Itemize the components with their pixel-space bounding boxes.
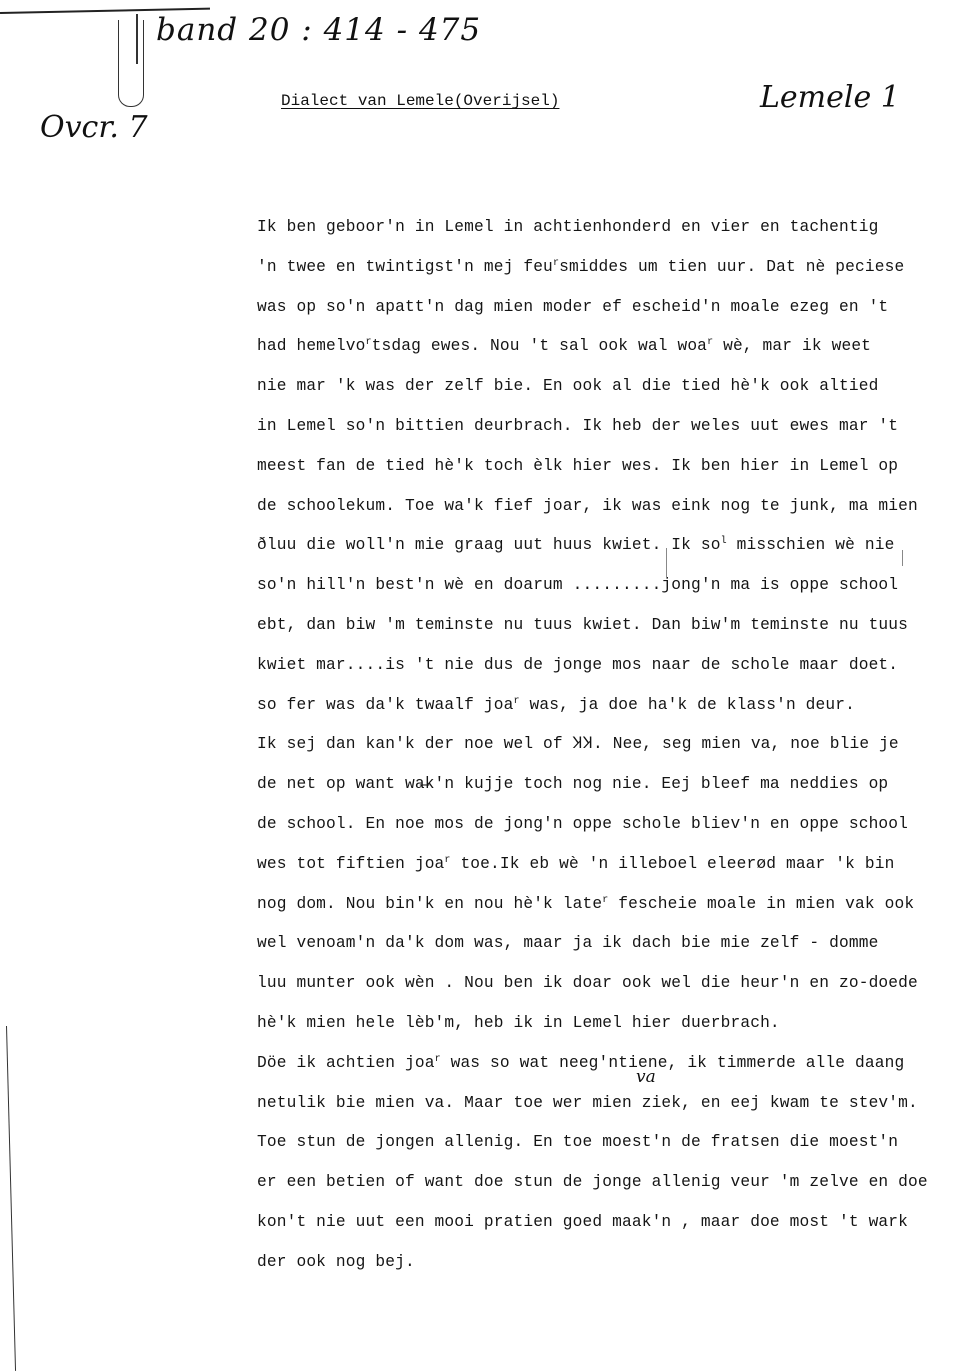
transcript-line: wel venoam'n da'k dom was, maar ja ik da…	[257, 924, 947, 964]
transcript-line: er een betien of want doe stun de jonge …	[257, 1163, 947, 1203]
transcript-line: nie mar 'k was der zelf bie. En ook al d…	[257, 367, 947, 407]
handwritten-province-code: Ovcr. 7	[40, 110, 148, 145]
transcript-line: so'n hill'n best'n wè en doarum ........…	[257, 566, 947, 606]
transcript-line: Ik sej dan kan'k der noe wel of ꞰꞰ. Nee,…	[257, 725, 947, 765]
transcript-line: der ook nog bej.	[257, 1243, 947, 1283]
transcript-line: netulik bie mien va. Maar toe wer mien z…	[257, 1084, 947, 1124]
transcript-line: Ik ben geboor'n in Lemel in achtienhonde…	[257, 208, 947, 248]
transcript-line: de net op want wa̶k'n kujje toch nog nie…	[257, 765, 947, 805]
document-page: band 20 : 414 - 475 Ovcr. 7 Lemele 1 va …	[0, 0, 954, 1371]
transcript-line: kwiet mar....is 't nie dus de jonge mos …	[257, 646, 947, 686]
transcript-line: nog dom. Nou bin'k en nou hè'k later fes…	[257, 885, 947, 925]
transcript-line: had hemelvortsdag ewes. Nou 't sal ook w…	[257, 327, 947, 367]
paperclip-inner-mark	[136, 14, 138, 64]
transcript-line: Döe ik achtien joar was so wat neeg'ntie…	[257, 1044, 947, 1084]
handwritten-tape-reference: band 20 : 414 - 475	[156, 12, 481, 48]
correction-mark	[666, 548, 667, 578]
transcript-line: wes tot fiftien joar toe.Ik eb wè 'n ill…	[257, 845, 947, 885]
transcript-line: was op so'n apatt'n dag mien moder ef es…	[257, 288, 947, 328]
margin-line	[6, 1026, 16, 1371]
paperclip-mark	[118, 20, 144, 107]
transcript-body: Ik ben geboor'n in Lemel in achtienhonde…	[257, 208, 947, 1283]
transcript-line: Toe stun de jongen allenig. En toe moest…	[257, 1123, 947, 1163]
document-title: Dialect van Lemele(Overijsel)	[281, 92, 559, 110]
transcript-line: in Lemel so'n bittien deurbrach. Ik heb …	[257, 407, 947, 447]
transcript-line: so fer was da'k twaalf joar was, ja doe …	[257, 686, 947, 726]
transcript-line: hè'k mien hele lèb'm, heb ik in Lemel hi…	[257, 1004, 947, 1044]
correction-mark	[902, 550, 903, 566]
transcript-line: de school. En noe mos de jong'n oppe sch…	[257, 805, 947, 845]
transcript-line: de schoolekum. Toe wa'k fief joar, ik wa…	[257, 487, 947, 527]
transcript-line: luu munter ook wèn . Nou ben ik doar ook…	[257, 964, 947, 1004]
transcript-line: meest fan de tied hè'k toch èlk hier wes…	[257, 447, 947, 487]
transcript-line: ðluu die woll'n mie graag uut huus kwiet…	[257, 526, 947, 566]
handwritten-page-label: Lemele 1	[760, 80, 900, 115]
transcript-line: kon't nie uut een mooi pratien goed maak…	[257, 1203, 947, 1243]
transcript-line: 'n twee en twintigst'n mej feursmiddes u…	[257, 248, 947, 288]
transcript-line: ebt, dan biw 'm teminste nu tuus kwiet. …	[257, 606, 947, 646]
